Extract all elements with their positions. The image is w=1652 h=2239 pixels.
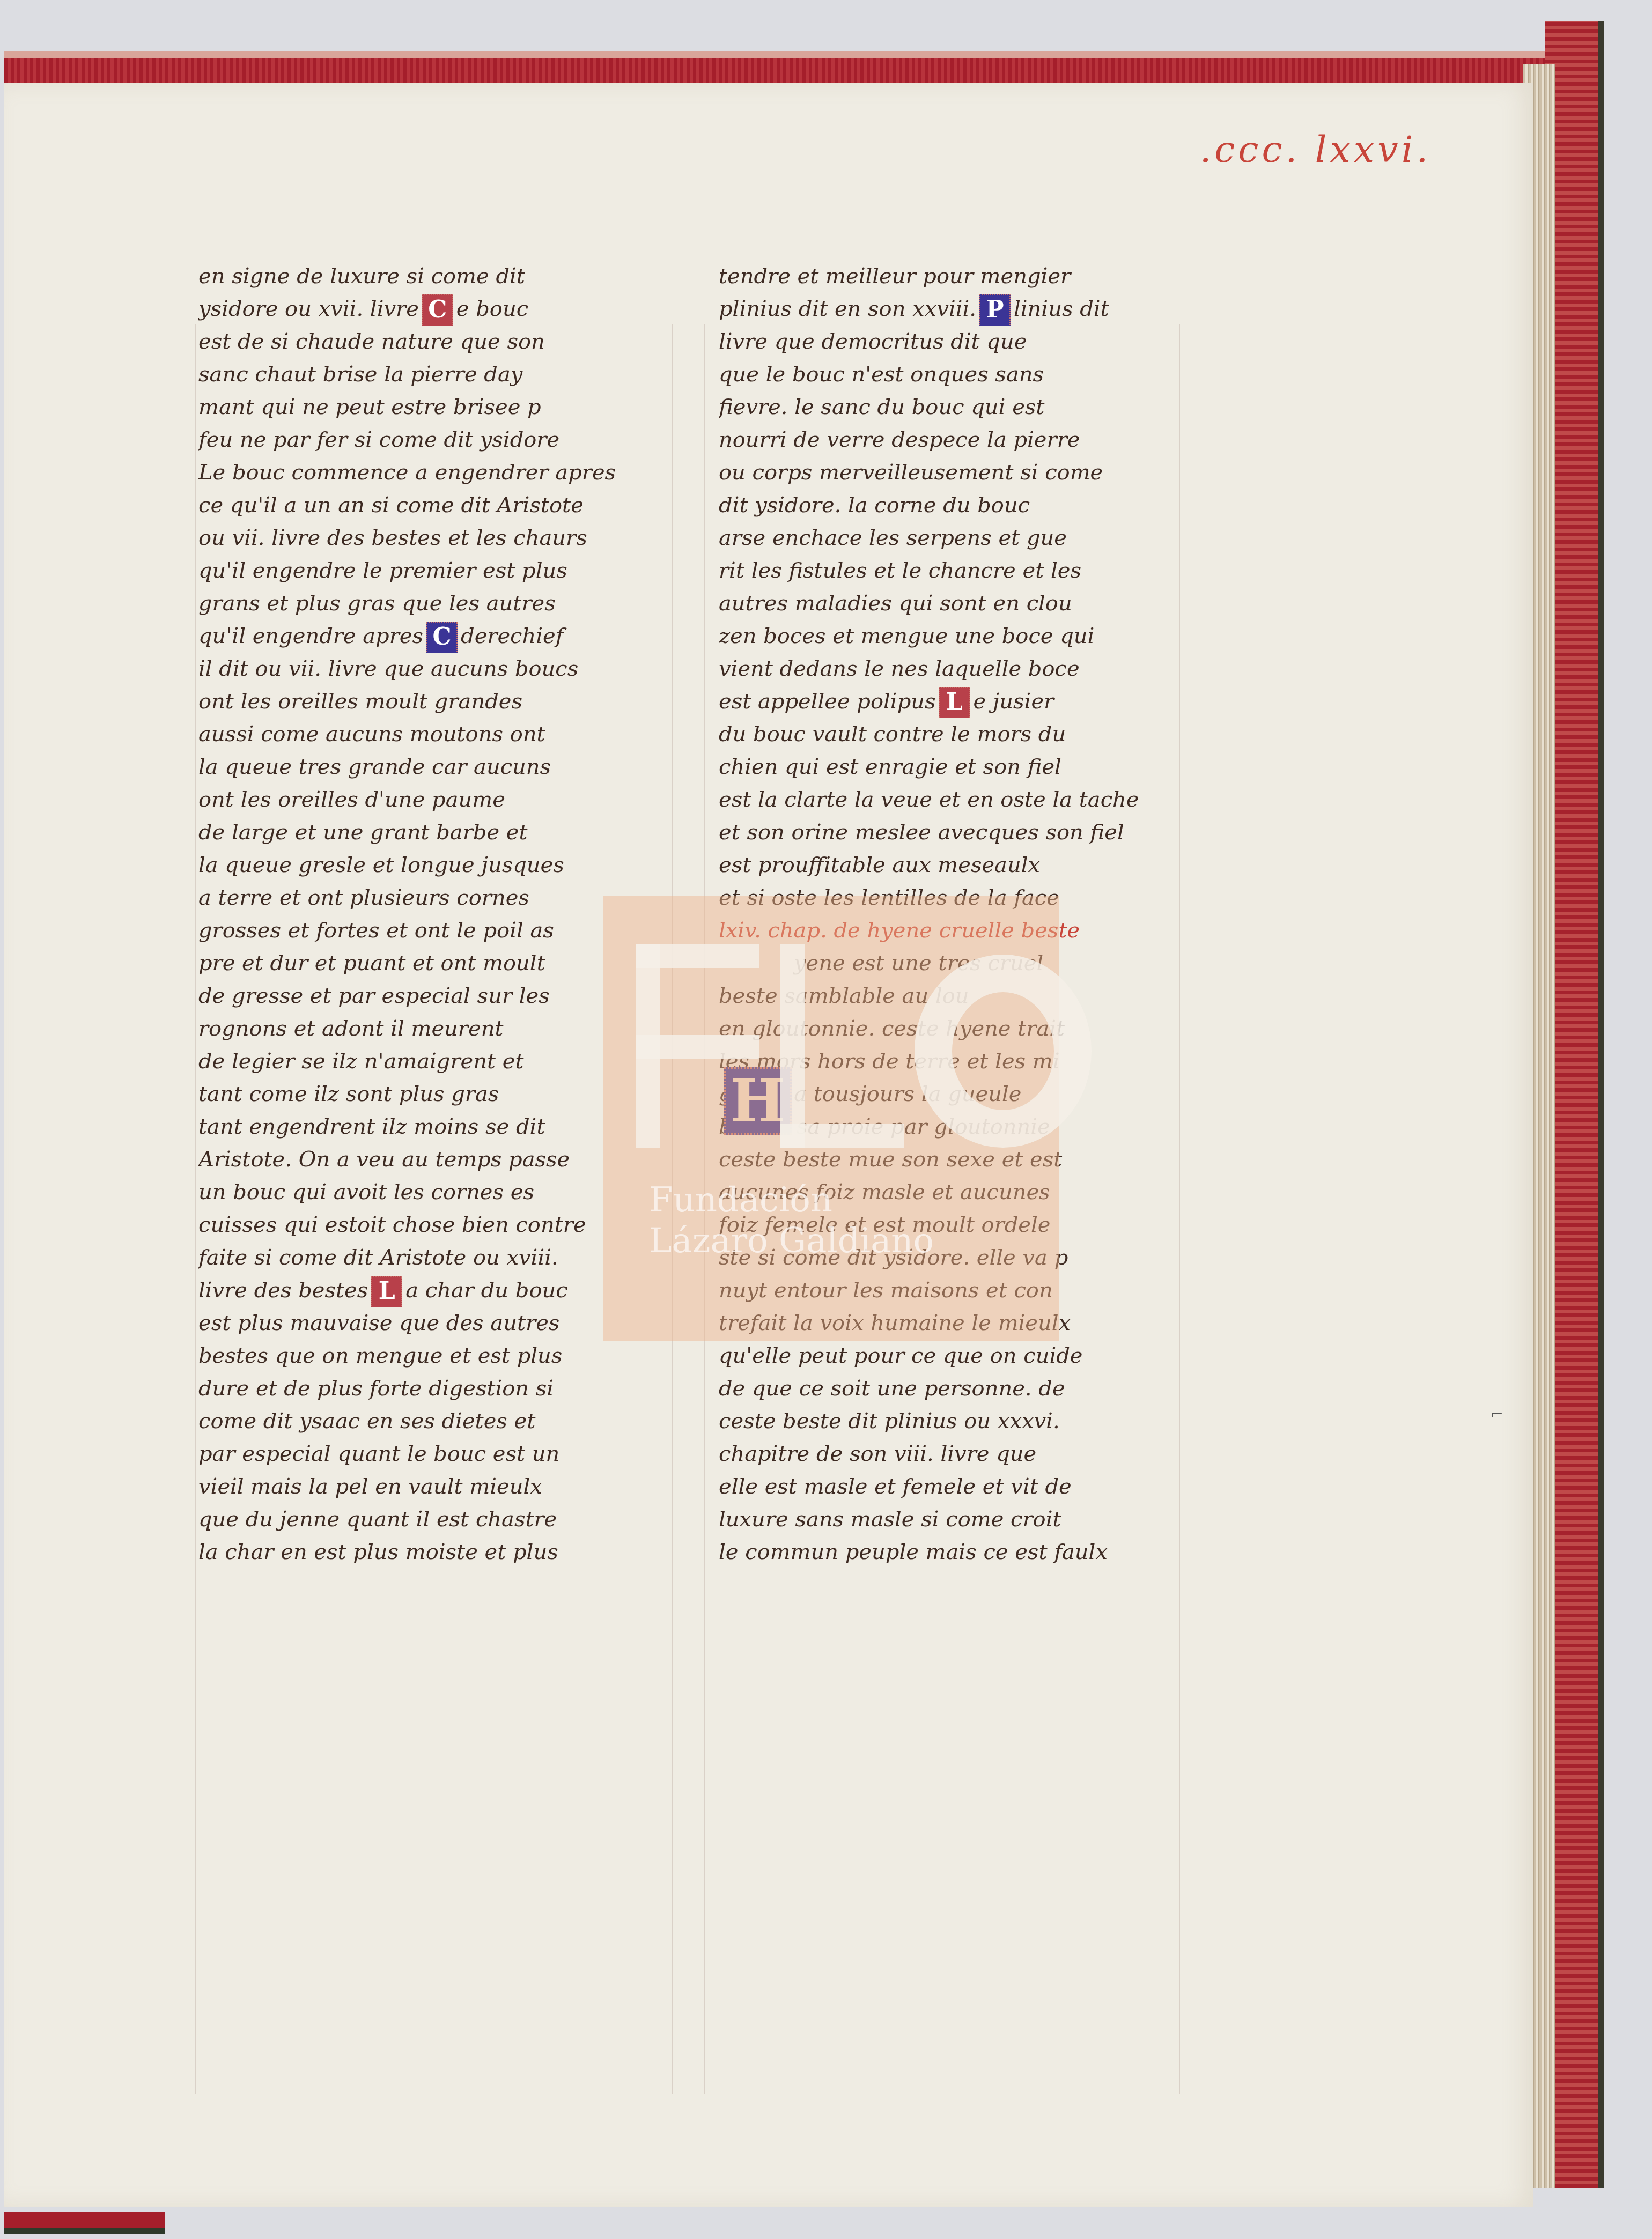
text-line: cuisses qui estoit chose bien contre (198, 1209, 660, 1242)
text-line: come dit ysaac en ses dietes et (198, 1405, 660, 1438)
decorated-initial: P (979, 294, 1011, 326)
watermark-g (914, 955, 1091, 1148)
text-line: en signe de luxure si come dit (198, 260, 660, 293)
text-line: Aristote. On a veu au temps passe (198, 1143, 660, 1176)
text-line: il dit ou vii. livre que aucuns boucs (198, 653, 660, 685)
text-line: ce qu'il a un an si come dit Aristote (198, 489, 660, 522)
text-line: ont les oreilles d'une paume (198, 784, 660, 816)
text-line: de gresse et par especial sur les (198, 980, 660, 1013)
text-line: livre que democritus dit que (719, 326, 1180, 358)
text-line: vieil mais la pel en vault mieulx (198, 1471, 660, 1503)
text-line: aussi come aucuns moutons ont (198, 718, 660, 751)
text-line: de legier se ilz n'amaigrent et (198, 1045, 660, 1078)
text-line: a terre et ont plusieurs cornes (198, 882, 660, 914)
text-column-left: en signe de luxure si come ditysidore ou… (198, 260, 660, 1569)
decorated-initial: C (426, 622, 458, 653)
text-line: sanc chaut brise la pierre day (198, 358, 660, 391)
text-line: livre des bestesLa char du bouc (198, 1274, 660, 1307)
text-line: tant come ilz sont plus gras (198, 1078, 660, 1111)
text-line: du bouc vault contre le mors du (719, 718, 1180, 751)
text-line: qu'il engendre le premier est plus (198, 555, 660, 587)
text-line: ont les oreilles moult grandes (198, 685, 660, 718)
text-line: dit ysidore. la corne du bouc (719, 489, 1180, 522)
text-line: que du jenne quant il est chastre (198, 1503, 660, 1536)
text-line: est appellee polipusLe jusier (719, 685, 1180, 718)
text-line: le commun peuple mais ce est faulx (719, 1536, 1180, 1569)
text-line: rognons et adont il meurent (198, 1013, 660, 1045)
text-line: autres maladies qui sont en clou (719, 587, 1180, 620)
watermark-l-base (780, 1124, 904, 1148)
text-line: chapitre de son viii. livre que (719, 1438, 1180, 1471)
text-line: la queue tres grande car aucuns (198, 751, 660, 784)
text-line: ou vii. livre des bestes et les chaurs (198, 522, 660, 555)
text-line: grosses et fortes et ont le poil as (198, 914, 660, 947)
text-line: feu ne par fer si come dit ysidore (198, 424, 660, 456)
text-line: arse enchace les serpens et gue (719, 522, 1180, 555)
margin-mark: ⌐ (1490, 1405, 1503, 1424)
text-line: elle est masle et femele et vit de (719, 1471, 1180, 1503)
text-line: mant qui ne peut estre brisee p (198, 391, 660, 424)
text-line: fievre. le sanc du bouc qui est (719, 391, 1180, 424)
text-line: ou corps merveilleusement si come (719, 456, 1180, 489)
decorated-initial: L (371, 1276, 402, 1307)
text-line: est la clarte la veue et en oste la tach… (719, 784, 1180, 816)
text-line: que le bouc n'est onques sans (719, 358, 1180, 391)
text-line: tendre et meilleur pour mengier (719, 260, 1180, 293)
text-line: luxure sans masle si come croit (719, 1503, 1180, 1536)
text-line: tant engendrent ilz moins se dit (198, 1111, 660, 1143)
text-line: bestes que on mengue et est plus (198, 1340, 660, 1372)
text-line: de que ce soit une personne. de (719, 1372, 1180, 1405)
text-line: plinius dit en son xxviii.Plinius dit (719, 293, 1180, 326)
text-line: un bouc qui avoit les cornes es (198, 1176, 660, 1209)
text-line: qu'elle peut pour ce que on cuide (719, 1340, 1180, 1372)
text-line: vient dedans le nes laquelle boce (719, 653, 1180, 685)
ruling-line (195, 324, 196, 2094)
text-line: par especial quant le bouc est un (198, 1438, 660, 1471)
watermark-l-stem (780, 944, 805, 1148)
text-line: Le bouc commence a engendrer apres (198, 456, 660, 489)
text-line: qu'il engendre apresCderechief (198, 620, 660, 653)
text-line: la queue gresle et longue jusques (198, 849, 660, 882)
text-line: dure et de plus forte digestion si (198, 1372, 660, 1405)
text-line: et son orine meslee avecques son fiel (719, 816, 1180, 849)
text-line: de large et une grant barbe et (198, 816, 660, 849)
text-line: grans et plus gras que les autres (198, 587, 660, 620)
text-line: est de si chaude nature que son (198, 326, 660, 358)
text-line: est plus mauvaise que des autres (198, 1307, 660, 1340)
text-line: rit les fistules et le chancre et les (719, 555, 1180, 587)
text-line: pre et dur et puant et ont moult (198, 947, 660, 980)
watermark-logo: Fundación Lázaro Galdiano (603, 896, 1059, 1341)
binding-bottom-edge (4, 2212, 165, 2234)
text-line: chien qui est enragie et son fiel (719, 751, 1180, 784)
text-line: est prouffitable aux meseaulx (719, 849, 1180, 882)
text-line: faite si come dit Aristote ou xviii. (198, 1242, 660, 1274)
decorated-initial: L (939, 687, 970, 718)
text-line: nourri de verre despece la pierre (719, 424, 1180, 456)
text-line: ysidore ou xvii. livreCe bouc (198, 293, 660, 326)
folio-number: .ccc. lxxvi. (1200, 129, 1431, 171)
text-line: la char en est plus moiste et plus (198, 1536, 660, 1569)
watermark-line1: Fundación (649, 1180, 934, 1221)
watermark-text: Fundación Lázaro Galdiano (649, 1180, 934, 1261)
watermark-line2: Lázaro Galdiano (649, 1221, 934, 1261)
decorated-initial: C (422, 294, 453, 326)
text-line: ceste beste dit plinius ou xxxvi. (719, 1405, 1180, 1438)
watermark-f-mid (636, 1035, 759, 1059)
text-line: zen boces et mengue une boce qui (719, 620, 1180, 653)
